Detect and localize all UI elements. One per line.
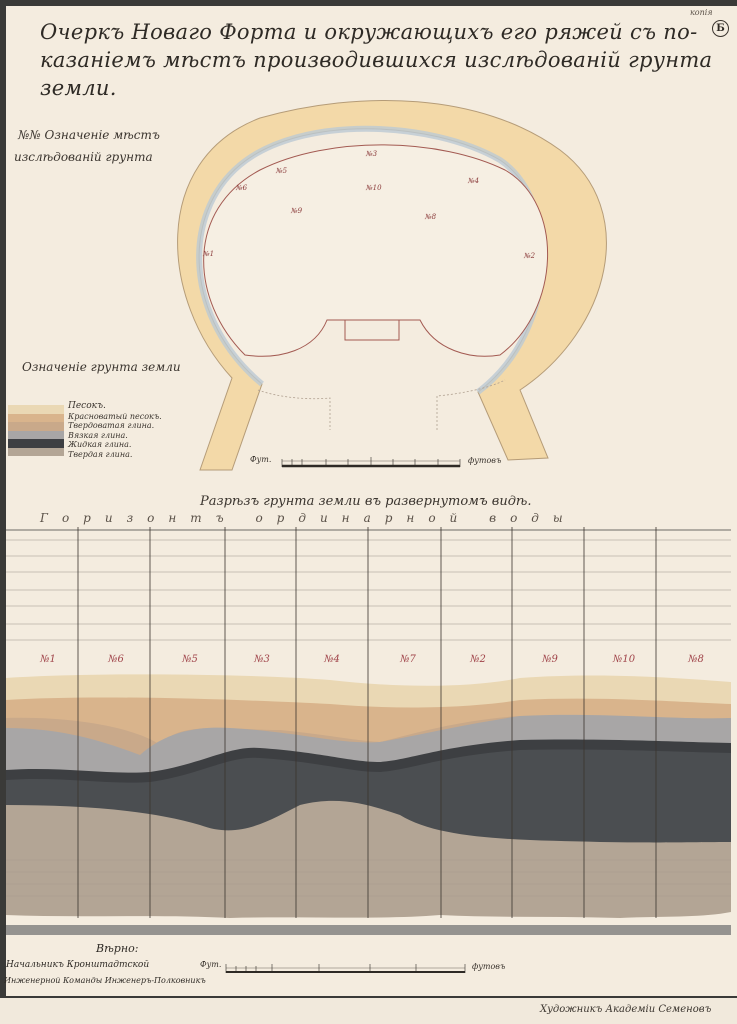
column-label-6: №6 [86,654,146,665]
signature-title-1: Начальникъ Кронштадтской [6,960,149,970]
column-label-4: №4 [302,654,362,665]
signature-title-2: Инженерной Команды Инженеръ-Полковникъ [4,976,206,985]
column-label-3: №3 [232,654,292,665]
column-label-10: №10 [594,654,654,665]
column-label-7: №7 [378,654,438,665]
signature-verified: Вѣрно: [96,942,138,955]
column-label-8: №8 [666,654,726,665]
section-scale-prefix: Фут. [200,960,221,969]
section-scale-suffix: футовъ [472,962,505,971]
soil-section [0,0,737,1000]
column-label-1: №1 [18,654,78,665]
artist-signature: Художникъ Академіи Семеновъ [540,1004,711,1015]
column-label-9: №9 [520,654,580,665]
column-label-5: №5 [160,654,220,665]
column-label-2: №2 [448,654,508,665]
